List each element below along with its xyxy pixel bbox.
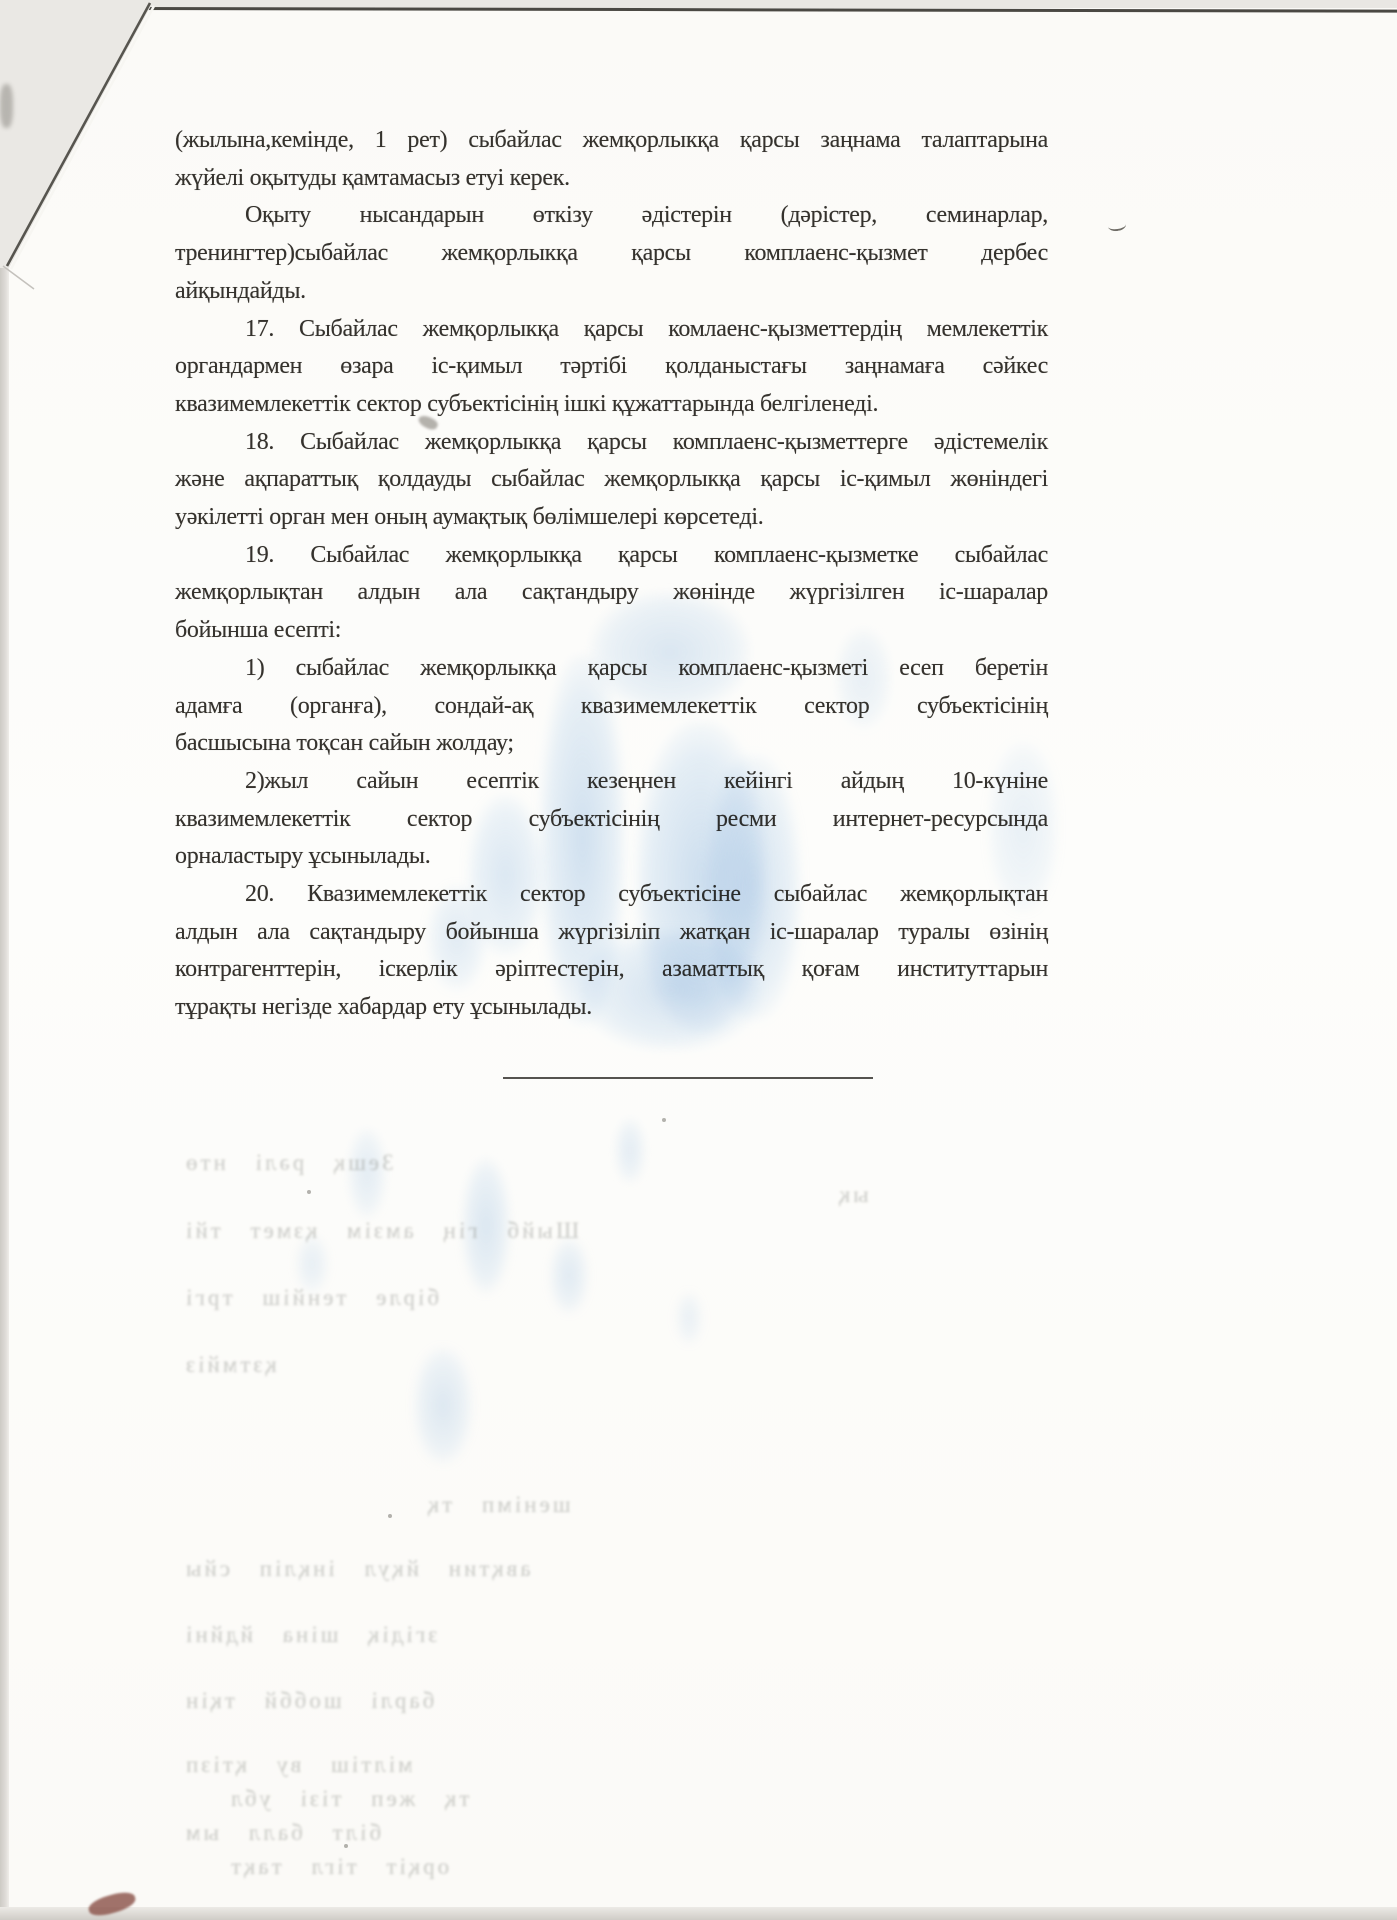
paragraph-line: 2)жыл сайын есептік кезеңнен кейінгі айд… — [175, 763, 1048, 801]
paragraph-line: квазимемлекеттік сектор субъектісінің ре… — [175, 801, 1048, 839]
paragraph-line: жемқорлықтан алдын ала сақтандыру жөнінд… — [175, 574, 1048, 612]
bleed-through-text: авқтин йқул інқліп сйы — [183, 1556, 531, 1582]
scanned-document: (жылына,кемінде, 1 рет) сыбайлас жемқорл… — [0, 0, 1397, 1920]
scan-smudge — [0, 84, 13, 128]
bleed-through-text: Зешқ рәлі нтө — [183, 1150, 394, 1176]
paragraph-line: Оқыту нысандарын өткізу әдістерін (дәріс… — [175, 197, 1048, 235]
paragraph-line: айқындайды. — [175, 273, 1048, 311]
bleed-through-text: орқіт тігл тақт — [228, 1854, 449, 1880]
paragraph-line: 1) сыбайлас жемқорлыкқа қарсы комплаенс-… — [175, 650, 1048, 688]
bleed-through-text: ық — [836, 1182, 869, 1208]
paragraph: 19. Сыбайлас жемқорлыкқа қарсы комплаенс… — [175, 537, 1048, 650]
bleed-through-text: тқ жеп тізі убл — [228, 1786, 469, 1812]
paragraph-line: бойынша есепті: — [175, 612, 1048, 650]
bleed-through-text: бірле тенйіш тргі — [183, 1285, 439, 1311]
paragraph: 18. Сыбайлас жемқорлыкқа қарсы комплаенс… — [175, 424, 1048, 537]
bleed-through-text: қзтмйіз — [183, 1352, 277, 1378]
signature-separator-line — [503, 1077, 873, 1079]
bleed-through-text: білт балл ым — [183, 1820, 381, 1846]
paragraph-line: тұрақты негізде хабардар ету ұсынылады. — [175, 989, 1048, 1027]
paragraph-line: адамға (органға), сондай-ақ квазимемлеке… — [175, 688, 1048, 726]
scan-edge-left — [0, 258, 9, 1920]
bleed-through-text: Шыйб гің амзім қзмет тйі — [183, 1218, 579, 1244]
paragraph-line: (жылына,кемінде, 1 рет) сыбайлас жемқорл… — [175, 122, 1048, 160]
dust-speck — [662, 1118, 666, 1122]
paragraph-line: органдармен өзара іс-қимыл тәртібі қолда… — [175, 348, 1048, 386]
paragraph-line: уәкілетті орган мен оның аумақтық бөлімш… — [175, 499, 1048, 537]
paragraph-line: жүйелі оқытуды қамтамасыз етуі керек. — [175, 160, 1048, 198]
dust-speck — [388, 1514, 392, 1518]
paragraph-line: тренингтер)сыбайлас жемқорлыкқа қарсы ко… — [175, 235, 1048, 273]
paragraph-line: және ақпараттық қолдауды сыбайлас жемқор… — [175, 461, 1048, 499]
paragraph: 1) сыбайлас жемқорлыкқа қарсы комплаенс-… — [175, 650, 1048, 763]
paragraph-line: контрагенттерін, іскерлік әріптестерін, … — [175, 951, 1048, 989]
paragraph-line: квазимемлекеттік сектор субъектісінің іш… — [175, 386, 1048, 424]
paragraph: 17. Сыбайлас жемқорлыкқа қарсы комлаенс-… — [175, 311, 1048, 424]
paragraph: (жылына,кемінде, 1 рет) сыбайлас жемқорл… — [175, 122, 1048, 197]
paragraph-line: 20. Квазимемлекеттік сектор субъектісіне… — [175, 876, 1048, 914]
paragraph: 2)жыл сайын есептік кезеңнен кейінгі айд… — [175, 763, 1048, 876]
scan-edge-bottom — [0, 1907, 1397, 1920]
dust-speck — [344, 1844, 348, 1848]
bleed-through-text: шенімп тқ — [425, 1492, 570, 1518]
paragraph-line: 17. Сыбайлас жемқорлыкқа қарсы комлаенс-… — [175, 311, 1048, 349]
paragraph-line: орналастыру ұсынылады. — [175, 838, 1048, 876]
page-corner-fold — [0, 0, 180, 290]
paragraph: 20. Квазимемлекеттік сектор субъектісіне… — [175, 876, 1048, 1027]
paragraph-line: басшысына тоқсан сайын жолдау; — [175, 725, 1048, 763]
paragraph-line: алдын ала сақтандыру бойынша жүргізіліп … — [175, 914, 1048, 952]
bleed-through-text: барлі шоббй тқін — [183, 1688, 434, 1714]
bleed-through-text: мілтіш ву қтізп — [183, 1752, 413, 1778]
bleed-through-text: згідіқ шіна йдйні — [183, 1622, 437, 1648]
paragraph-line: 18. Сыбайлас жемқорлыкқа қарсы комплаенс… — [175, 424, 1048, 462]
document-text: (жылына,кемінде, 1 рет) сыбайлас жемқорл… — [175, 122, 1048, 1027]
paragraph-line: 19. Сыбайлас жемқорлыкқа қарсы комплаенс… — [175, 537, 1048, 575]
paragraph: Оқыту нысандарын өткізу әдістерін (дәріс… — [175, 197, 1048, 310]
dust-speck — [307, 1190, 311, 1194]
